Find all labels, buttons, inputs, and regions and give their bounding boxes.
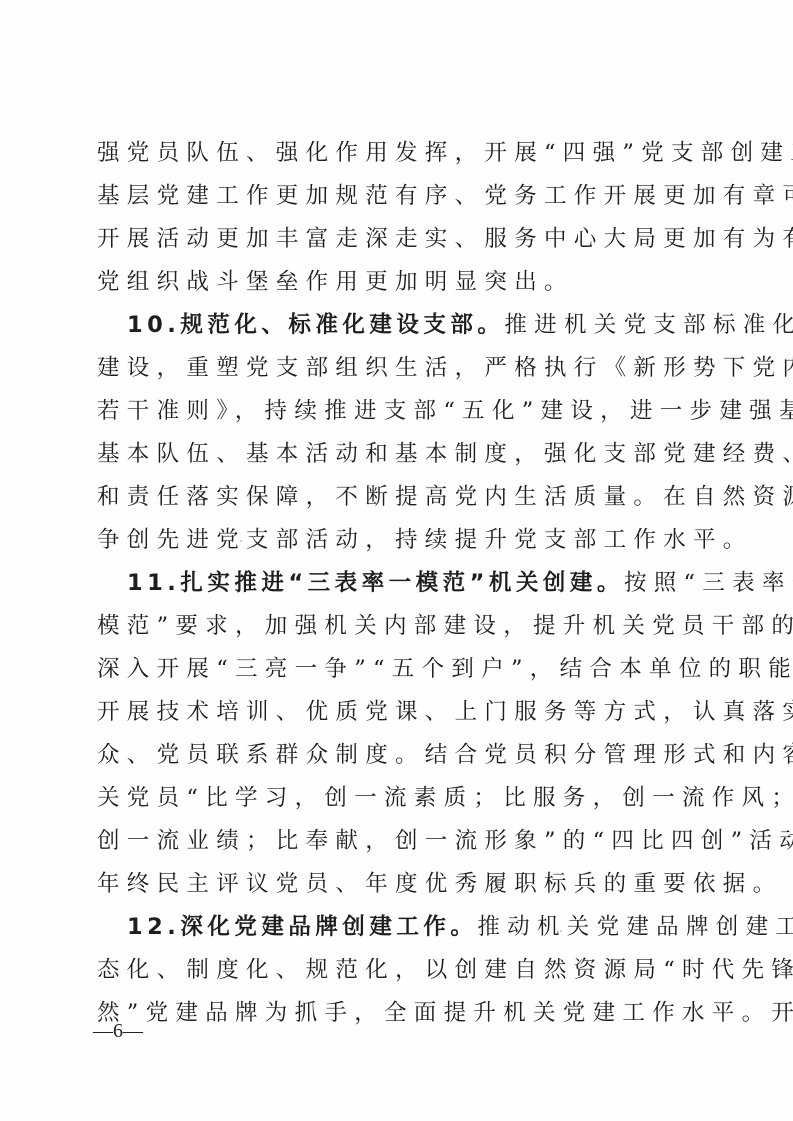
section-10-first-line: 10.规范化、标准化建设支部。推进机关党支部标准化规范化 [127, 309, 703, 341]
section-10-line: 和责任落实保障，不断提高党内生活质量。在自然资源系统开展 [97, 481, 703, 513]
page-number: —6— [93, 1019, 143, 1043]
section-10-text: 推进机关党支部标准化规范化 [504, 312, 793, 338]
paragraph-line: 强党员队伍、强化作用发挥，开展“四强”党支部创建工作，使 [97, 137, 703, 169]
section-10-number: 10. [127, 312, 180, 338]
scan-speck [560, 930, 562, 932]
section-11-heading: 扎实推进“三表率一模范”机关创建。 [180, 570, 624, 596]
section-12-line: 然”党建品牌为抓手，全面提升机关党建工作水平。开展“党建 [97, 997, 703, 1029]
section-10-line: 争创先进党支部活动，持续提升党支部工作水平。 [97, 524, 703, 556]
scan-speck [240, 540, 242, 542]
section-12-text: 推动机关党建品牌创建工作常 [477, 914, 793, 940]
section-10-heading: 规范化、标准化建设支部。 [180, 312, 504, 338]
section-12-heading: 深化党建品牌创建工作。 [180, 914, 477, 940]
document-page: 强党员队伍、强化作用发挥，开展“四强”党支部创建工作，使 基层党建工作更加规范有… [0, 0, 793, 1121]
section-12-line: 态化、制度化、规范化，以创建自然资源局“时代先锋 美丽自 [97, 954, 703, 986]
section-10-line: 基本队伍、基本活动和基本制度，强化支部党建经费、队伍建设 [97, 438, 703, 470]
section-11-first-line: 11.扎实推进“三表率一模范”机关创建。按照“三表率一 [127, 567, 703, 599]
section-12-first-line: 12.深化党建品牌创建工作。推动机关党建品牌创建工作常 [127, 911, 703, 943]
section-12-number: 12. [127, 914, 180, 940]
section-11-line: 众、党员联系群众制度。结合党员积分管理形式和内容，开展机 [97, 739, 703, 771]
section-11-line: 深入开展“三亮一争”“五个到户”，结合本单位的职能优势，以 [97, 653, 703, 685]
section-11-text: 按照“三表率一 [624, 570, 793, 596]
section-11-line: 开展技术培训、优质党课、上门服务等方式，认真落实党员带群 [97, 696, 703, 728]
paragraph-line: 基层党建工作更加规范有序、党务工作开展更加有章可循，党员 [97, 180, 703, 212]
section-10-line: 建设，重塑党支部组织生活，严格执行《新形势下党内政治生活 [97, 352, 703, 384]
paragraph-line: 开展活动更加丰富走深走实、服务中心大局更加有为有效、基层 [97, 223, 703, 255]
paragraph-line: 党组织战斗堡垒作用更加明显突出。 [97, 266, 703, 298]
section-11-line: 模范”要求，加强机关内部建设，提升机关党员干部的能力素质。 [97, 610, 703, 642]
section-11-number: 11. [127, 570, 180, 596]
section-11-line: 创一流业绩；比奉献，创一流形象”的“四比四创”活动，作为 [97, 825, 703, 857]
section-11-line: 关党员“比学习，创一流素质；比服务，创一流作风；比发展， [97, 782, 703, 814]
section-11-line: 年终民主评议党员、年度优秀履职标兵的重要依据。 [97, 868, 703, 900]
scan-speck [742, 700, 744, 702]
section-10-line: 若干准则》，持续推进支部“五化”建设，进一步建强基本组织、 [97, 395, 703, 427]
